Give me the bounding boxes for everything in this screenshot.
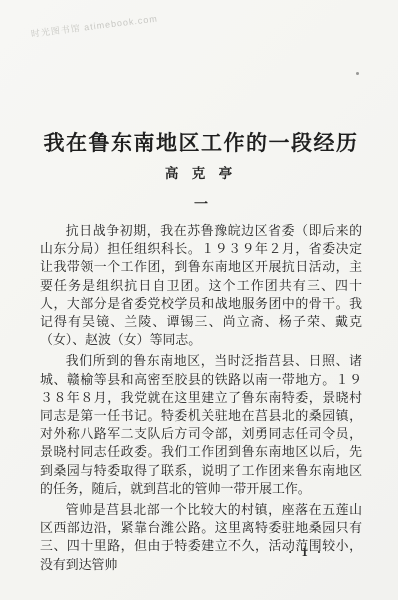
scan-speck bbox=[356, 72, 359, 75]
author-name: 高 克 亭 bbox=[40, 162, 362, 182]
scan-speck bbox=[90, 566, 92, 568]
paragraph-1: 抗日战争初期，我在苏鲁豫皖边区省委（即后来的山东分局）担任组织科长。１９３９年２… bbox=[40, 222, 362, 349]
paragraph-3: 管帅是莒县北部一个比较大的村镇，座落在五莲山区西部边沿，紧靠台潍公路。这里离特委… bbox=[40, 501, 362, 574]
article-body: 抗日战争初期，我在苏鲁豫皖边区省委（即后来的山东分局）担任组织科长。１９３９年２… bbox=[40, 222, 362, 574]
section-number: 一 bbox=[40, 194, 362, 214]
scanned-book-page: 时光图书馆 atimebook.com 我在鲁东南地区工作的一段经历 高 克 亭… bbox=[0, 0, 398, 600]
article-title: 我在鲁东南地区工作的一段经历 bbox=[40, 127, 362, 157]
library-watermark: 时光图书馆 atimebook.com bbox=[30, 12, 158, 40]
paragraph-2: 我们所到的鲁东南地区，当时泛指莒县、日照、诸城、赣榆等县和高密至胶县的铁路以南一… bbox=[40, 352, 362, 498]
page-number: · 1 · bbox=[0, 545, 324, 560]
